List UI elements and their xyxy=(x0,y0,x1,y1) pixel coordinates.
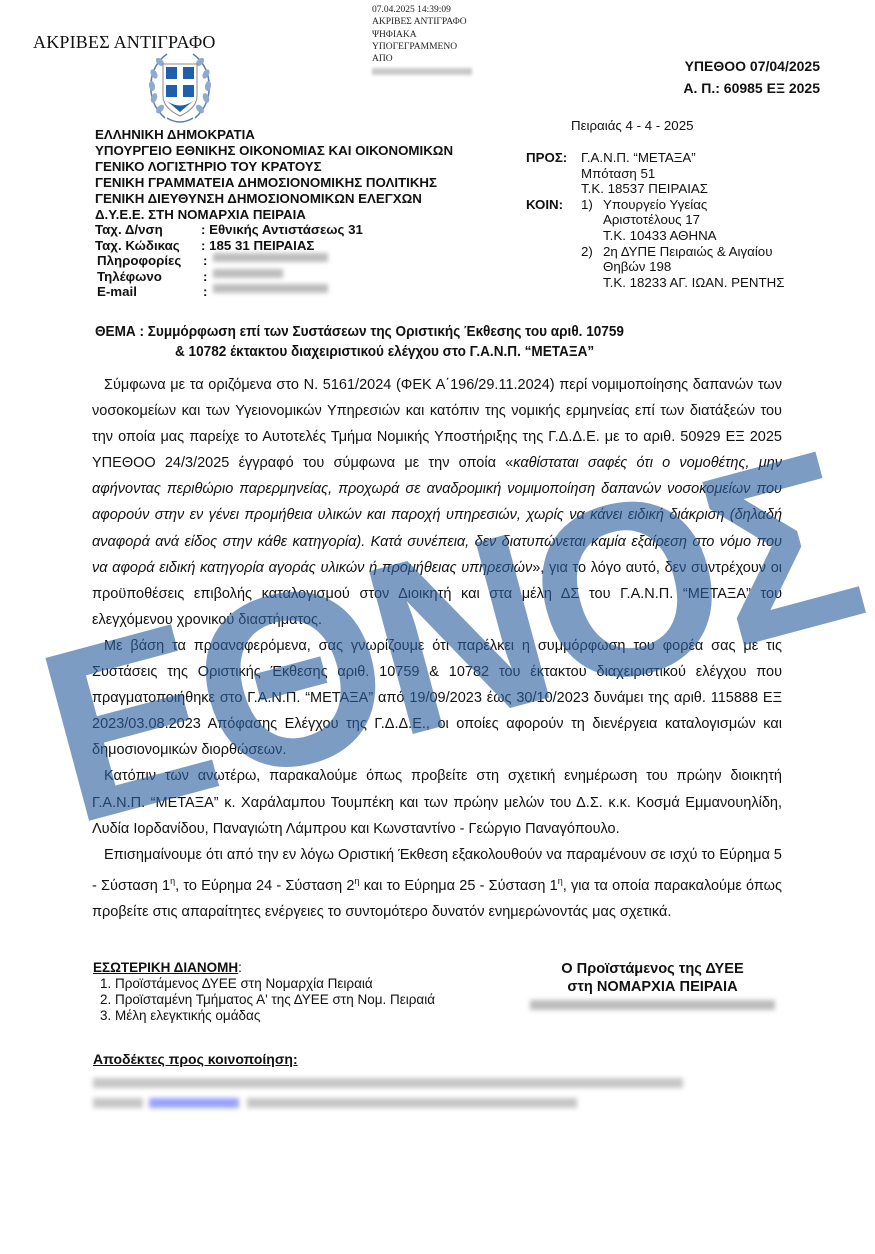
org-line: Δ.Υ.Ε.Ε. ΣΤΗ ΝΟΜΑΡΧΙΑ ΠΕΙΡΑΙΑ xyxy=(95,207,453,223)
protocol-number: ΥΠΕΘΟΟ 07/04/2025 Α. Π.: 60985 ΕΞ 2025 xyxy=(683,55,820,99)
redacted-signer-name xyxy=(530,1000,775,1010)
recipients-block: ΠΡΟΣ: Γ.Α.Ν.Π. “ΜΕΤΑΞΑ” Μπόταση 51 Τ.Κ. … xyxy=(526,150,784,290)
subject-line-1: ΘΕΜΑ : Συμμόρφωση επί των Συστάσεων της … xyxy=(95,322,765,342)
protocol-line-1: ΥΠΕΘΟΟ 07/04/2025 xyxy=(683,55,820,77)
redacted-line xyxy=(93,1098,683,1108)
contact-info: Πληροφορίες : xyxy=(95,253,363,269)
org-line: ΕΛΛΗΝΙΚΗ ΔΗΜΟΚΡΑΤΙΑ xyxy=(95,127,453,143)
cc-recipient-2: 2) 2η ΔΥΠΕ Πειραιώς & Αιγαίου Θηβών 198 … xyxy=(581,244,784,291)
greek-coat-of-arms-icon xyxy=(145,48,215,128)
contact-details: Ταχ. Δ/νση : Εθνικής Αντιστάσεως 31 Ταχ.… xyxy=(95,222,363,300)
org-line: ΓΕΝΙΚΟ ΛΟΓΙΣΤΗΡΙΟ ΤΟΥ ΚΡΑΤΟΥΣ xyxy=(95,159,453,175)
redacted-value xyxy=(213,269,283,278)
contact-phone: Τηλέφωνο : xyxy=(95,269,363,285)
issuing-organization: ΕΛΛΗΝΙΚΗ ΔΗΜΟΚΡΑΤΙΑ ΥΠΟΥΡΓΕΙΟ ΕΘΝΙΚΗΣ ΟΙ… xyxy=(95,127,453,223)
contact-address: Ταχ. Δ/νση : Εθνικής Αντιστάσεως 31 xyxy=(95,222,363,238)
stamp-line: ΨΗΦΙΑΚΑ xyxy=(372,29,472,41)
subject-heading: ΘΕΜΑ : Συμμόρφωση επί των Συστάσεων της … xyxy=(95,322,765,362)
signer-office: στη ΝΟΜΑΡΧΙΑ ΠΕΙΡΑΙΑ xyxy=(520,978,785,996)
paragraph-2: Με βάση τα προαναφερόμενα, σας γνωρίζουμ… xyxy=(92,633,782,763)
cc-recipient-1: 1) Υπουργείο Υγείας Αριστοτέλους 17 Τ.Κ.… xyxy=(581,197,784,244)
internal-distribution-title: ΕΣΩΤΕΡΙΚΗ ΔΙΑΝΟΜΗ xyxy=(93,960,238,975)
stamp-line: ΑΚΡΙΒΕΣ ΑΝΤΙΓΡΑΦΟ xyxy=(372,16,472,28)
paragraph-4: Επισημαίνουμε ότι από την εν λόγω Οριστι… xyxy=(92,842,782,925)
stamp-line: ΑΠΟ xyxy=(372,53,472,65)
stamp-timestamp: 07.04.2025 14:39:09 xyxy=(372,4,472,16)
redacted-line xyxy=(93,1078,683,1088)
to-recipient: ΠΡΟΣ: Γ.Α.Ν.Π. “ΜΕΤΑΞΑ” Μπόταση 51 Τ.Κ. … xyxy=(526,150,784,197)
signature-block: Ο Προϊστάμενος της ΔΥΕΕ στη ΝΟΜΑΡΧΙΑ ΠΕΙ… xyxy=(520,960,785,1010)
subject-line-2: & 10782 έκτακτου διαχειριστικού ελέγχου … xyxy=(95,342,765,362)
cc-recipients-section: Αποδέκτες προς κοινοποίηση: xyxy=(93,1050,683,1108)
document-date: Πειραιάς 4 - 4 - 2025 xyxy=(571,118,693,133)
distribution-item: Μέλη ελεγκτικής ομάδας xyxy=(115,1008,435,1024)
distribution-item: Προϊστάμενος ΔΥΕΕ στη Νομαρχία Πειραιά xyxy=(115,976,435,992)
contact-postal-code: Ταχ. Κώδικας : 185 31 ΠΕΙΡΑΙΑΣ xyxy=(95,238,363,254)
letter-body: Σύμφωνα με τα οριζόμενα στο Ν. 5161/2024… xyxy=(92,372,782,925)
protocol-line-2: Α. Π.: 60985 ΕΞ 2025 xyxy=(683,77,820,99)
contact-email: E-mail : xyxy=(95,284,363,300)
cc-recipients: ΚΟΙΝ: 1) Υπουργείο Υγείας Αριστοτέλους 1… xyxy=(526,197,784,291)
paragraph-3: Κατόπιν των ανωτέρω, παρακαλούμε όπως πρ… xyxy=(92,763,782,841)
signer-title: Ο Προϊστάμενος της ΔΥΕΕ xyxy=(520,960,785,978)
quoted-legal-opinion: καθίσταται σαφές ότι ο νομοθέτης, μην αφ… xyxy=(92,455,782,575)
org-line: ΓΕΝΙΚΗ ΓΡΑΜΜΑΤΕΙΑ ΔΗΜΟΣΙΟΝΟΜΙΚΗΣ ΠΟΛΙΤΙΚ… xyxy=(95,175,453,191)
org-line: ΥΠΟΥΡΓΕΙΟ ΕΘΝΙΚΗΣ ΟΙΚΟΝΟΜΙΑΣ ΚΑΙ ΟΙΚΟΝΟΜ… xyxy=(95,143,453,159)
redacted-value xyxy=(213,284,328,293)
redacted-email-link[interactable] xyxy=(149,1098,239,1108)
redacted-value xyxy=(213,253,328,262)
distribution-item: Προϊσταμένη Τμήματος Α' της ΔΥΕΕ στη Νομ… xyxy=(115,992,435,1008)
org-line: ΓΕΝΙΚΗ ΔΙΕΥΘΥΝΣΗ ΔΗΜΟΣΙΟΝΟΜΙΚΩΝ ΕΛΕΓΧΩΝ xyxy=(95,191,453,207)
digital-signature-stamp: 07.04.2025 14:39:09 ΑΚΡΙΒΕΣ ΑΝΤΙΓΡΑΦΟ ΨΗ… xyxy=(372,4,472,80)
cc-recipients-title: Αποδέκτες προς κοινοποίηση: xyxy=(93,1050,683,1068)
redacted-signer xyxy=(372,68,472,75)
paragraph-1: Σύμφωνα με τα οριζόμενα στο Ν. 5161/2024… xyxy=(92,372,782,633)
internal-distribution: ΕΣΩΤΕΡΙΚΗ ΔΙΑΝΟΜΗ: Προϊστάμενος ΔΥΕΕ στη… xyxy=(93,960,435,1024)
document-page: ΑΚΡΙΒΕΣ ΑΝΤΙΓΡΑΦΟ 07.04.2025 14:39:09 ΑΚ… xyxy=(0,0,875,1254)
stamp-line: ΥΠΟΓΕΓΡΑΜΜΕΝΟ xyxy=(372,41,472,53)
